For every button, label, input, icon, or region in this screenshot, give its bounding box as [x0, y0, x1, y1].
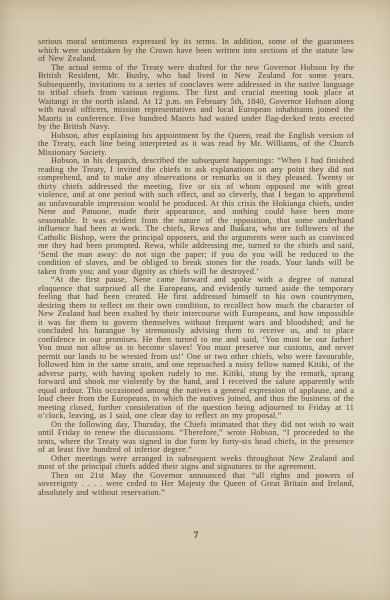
paragraph: Hobson, in his despatch, described the s…: [38, 157, 354, 276]
body-text: serious moral sentiments expressed by it…: [38, 38, 354, 497]
paragraph: Other meetings were arranged in subseque…: [38, 455, 354, 472]
paragraph: On the following day, Thursday, the Chie…: [38, 421, 354, 455]
paragraph: Then on 21st May the Governor announced …: [38, 472, 354, 498]
page-number: 7: [38, 531, 354, 541]
book-page: serious moral sentiments expressed by it…: [0, 0, 390, 600]
paragraph: “At the first pause, Nene came forward a…: [38, 276, 354, 421]
paragraph: Hobson, after explaining his appointment…: [38, 132, 354, 158]
paragraph: The actual terms of the Treaty were draf…: [38, 64, 354, 132]
paragraph: serious moral sentiments expressed by it…: [38, 38, 354, 64]
